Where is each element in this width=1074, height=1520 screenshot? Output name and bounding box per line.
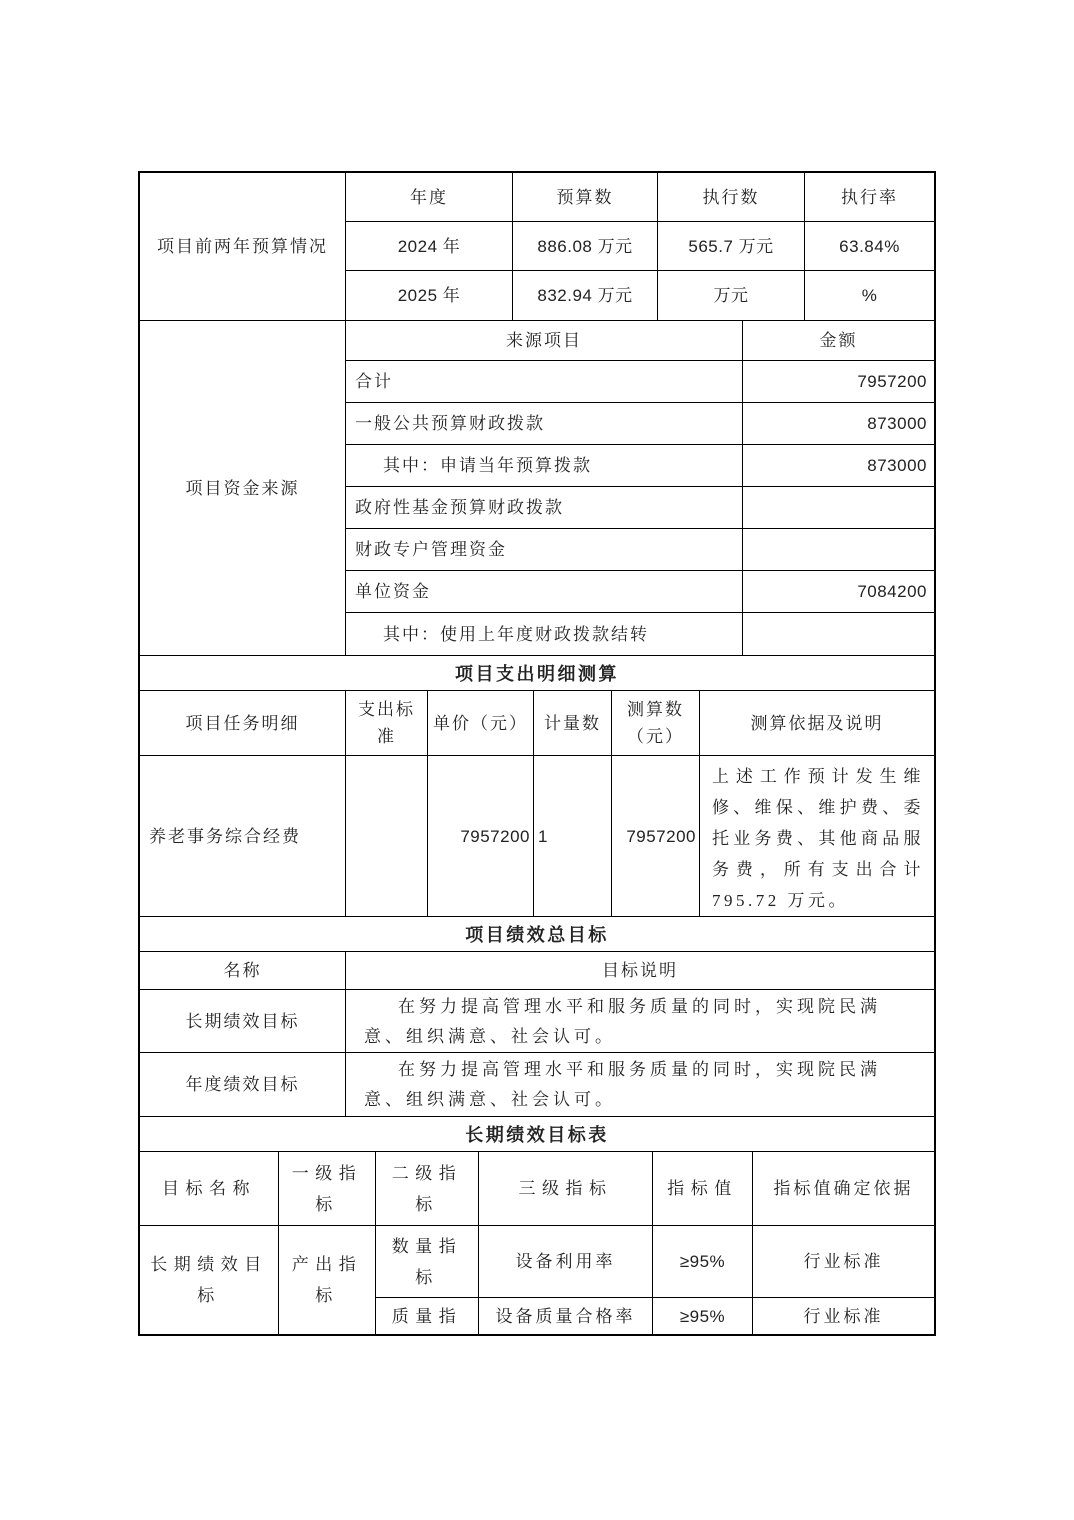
funding-amount-current-year: 873000	[743, 445, 934, 487]
funding-amount-general: 873000	[743, 403, 934, 445]
header-budget: 预算数	[513, 173, 658, 222]
header-source-item: 来源项目	[346, 321, 743, 361]
header-level3-indicator: 三级指标	[479, 1152, 653, 1226]
level2-quality-cell: 质量指	[376, 1298, 479, 1334]
expenditure-section-title: 项目支出明细测算	[140, 656, 934, 691]
header-year: 年度	[346, 173, 513, 222]
funding-source-general: 一般公共预算财政拨款	[346, 403, 743, 445]
funding-amount-unit-funds: 7084200	[743, 571, 934, 613]
budget-2024-cell: 886.08 万元	[513, 222, 658, 271]
header-executed: 执行数	[658, 173, 805, 222]
header-calc-basis: 测算依据及说明	[700, 691, 934, 756]
task-name-cell: 养老事务综合经费	[140, 756, 346, 916]
header-goal-name: 名称	[140, 952, 346, 990]
quantity-cell: 1	[534, 756, 612, 916]
indicator-value-cell: ≥95%	[653, 1226, 753, 1298]
funding-source-table: 项目资金来源 来源项目 金额 合计 7957200 一般公共预算财政拨款 873…	[140, 321, 934, 656]
annual-goal-name-cell: 年度绩效目标	[140, 1053, 346, 1116]
longterm-table-section-title: 长期绩效目标表	[140, 1117, 934, 1152]
funding-amount-carryover	[743, 613, 934, 655]
overall-goal-section-title: 项目绩效总目标	[140, 917, 934, 952]
header-amount: 金额	[743, 321, 934, 361]
longterm-goal-desc-cell: 在努力提高管理水平和服务质量的同时，实现院民满意、组织满意、社会认可。	[346, 990, 934, 1053]
calc-basis-cell: 上述工作预计发生维修、维保、维护费、委托业务费、其他商品服务费，所有支出合计79…	[700, 756, 934, 916]
budget-document-table: 项目前两年预算情况 年度 预算数 执行数 执行率 2024 年 886.08 万…	[138, 171, 936, 1336]
longterm-goal-name-cell: 长期绩效目标	[140, 990, 346, 1053]
funding-amount-total: 7957200	[743, 361, 934, 403]
goal-name-cell: 长期绩效目标	[140, 1226, 279, 1334]
level3-utilization-cell: 设备利用率	[479, 1226, 653, 1298]
prior-budget-row-label: 项目前两年预算情况	[140, 173, 346, 320]
header-spend-standard: 支出标准	[346, 691, 428, 756]
calc-amount-cell: 7957200	[612, 756, 700, 916]
indicator-value-cell: ≥95%	[653, 1298, 753, 1334]
funding-source-special-account: 财政专户管理资金	[346, 529, 743, 571]
header-level1-indicator: 一级指标	[279, 1152, 376, 1226]
funding-amount-special-account	[743, 529, 934, 571]
funding-source-gov-fund: 政府性基金预算财政拨款	[346, 487, 743, 529]
level2-quantity-cell: 数量指标	[376, 1226, 479, 1298]
funding-source-carryover: 其中：使用上年度财政拨款结转	[346, 613, 743, 655]
longterm-goal-table: 目标名称 一级指标 二级指标 三级指标 指标值 指标值确定依据 长期绩效目标 产…	[140, 1152, 934, 1334]
header-quantity: 计量数	[534, 691, 612, 756]
overall-goal-table: 名称 目标说明 长期绩效目标 在努力提高管理水平和服务质量的同时，实现院民满意、…	[140, 952, 934, 1117]
expenditure-table: 项目任务明细 支出标准 单价（元） 计量数 测算数（元） 测算依据及说明 养老事…	[140, 691, 934, 917]
funding-row-label: 项目资金来源	[140, 321, 346, 655]
executed-2025-cell: 万元	[658, 271, 805, 320]
unit-price-cell: 7957200	[428, 756, 534, 916]
header-calc-amount: 测算数（元）	[612, 691, 700, 756]
year-2024-cell: 2024 年	[346, 222, 513, 271]
year-2025-cell: 2025 年	[346, 271, 513, 320]
executed-2024-cell: 565.7 万元	[658, 222, 805, 271]
funding-source-total: 合计	[346, 361, 743, 403]
header-goal-desc: 目标说明	[346, 952, 934, 990]
annual-goal-desc-cell: 在努力提高管理水平和服务质量的同时，实现院民满意、组织满意、社会认可。	[346, 1053, 934, 1116]
header-unit-price: 单价（元）	[428, 691, 534, 756]
rate-2024-cell: 63.84%	[805, 222, 934, 271]
document-page: 项目前两年预算情况 年度 预算数 执行数 执行率 2024 年 886.08 万…	[0, 0, 1074, 1520]
level3-pass-rate-cell: 设备质量合格率	[479, 1298, 653, 1334]
budget-2025-cell: 832.94 万元	[513, 271, 658, 320]
funding-source-unit-funds: 单位资金	[346, 571, 743, 613]
funding-source-current-year: 其中：申请当年预算拨款	[346, 445, 743, 487]
value-basis-cell: 行业标准	[753, 1298, 934, 1334]
header-level2-indicator: 二级指标	[376, 1152, 479, 1226]
rate-2025-cell: %	[805, 271, 934, 320]
header-value-basis: 指标值确定依据	[753, 1152, 934, 1226]
header-rate: 执行率	[805, 173, 934, 222]
spend-standard-cell	[346, 756, 428, 916]
header-target-name: 目标名称	[140, 1152, 279, 1226]
value-basis-cell: 行业标准	[753, 1226, 934, 1298]
header-indicator-value: 指标值	[653, 1152, 753, 1226]
level1-indicator-cell: 产出指标	[279, 1226, 376, 1334]
header-task-detail: 项目任务明细	[140, 691, 346, 756]
prior-budget-table: 项目前两年预算情况 年度 预算数 执行数 执行率 2024 年 886.08 万…	[140, 173, 934, 321]
funding-amount-gov-fund	[743, 487, 934, 529]
